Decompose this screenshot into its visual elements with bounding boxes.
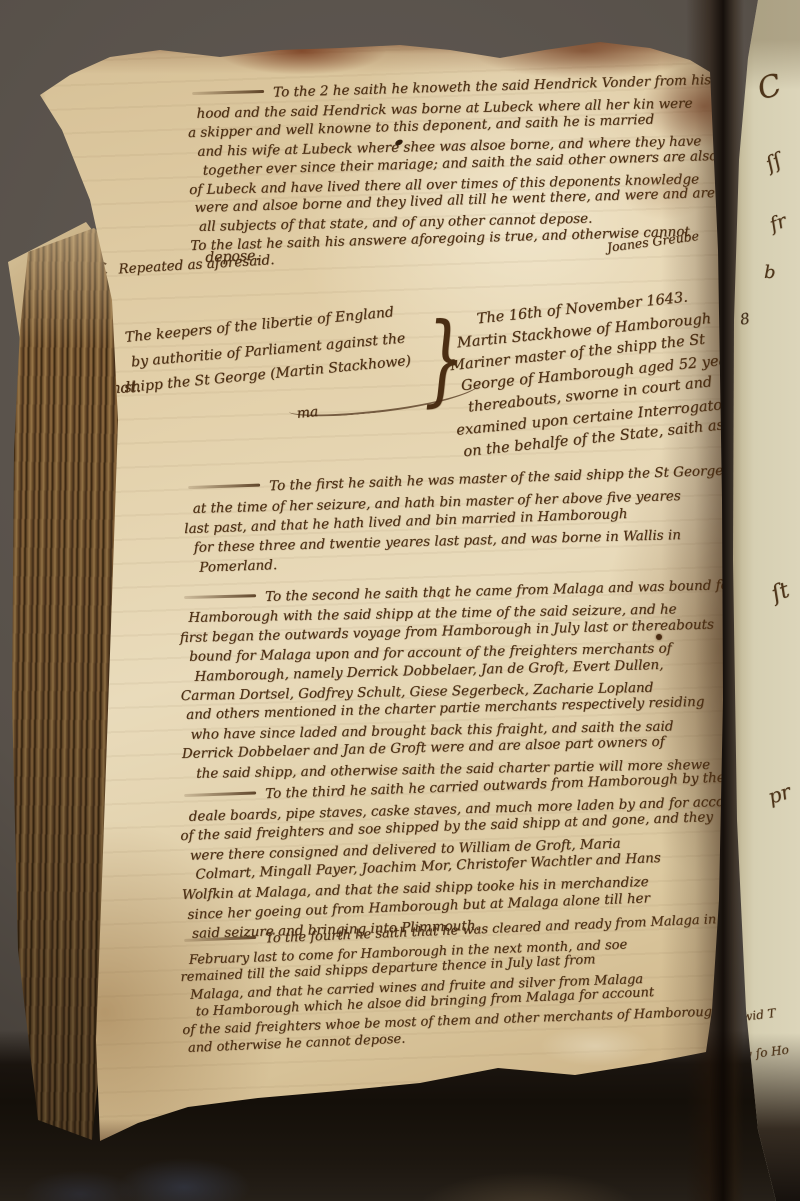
handwriting-fragment: wid T	[741, 1006, 776, 1024]
manuscript-photo: C ſſ fr b 8 ſt pr wid T Dw ſo Ho To the …	[0, 0, 800, 1201]
deposition-end-paragraph: To the 2 he saith he knoweth the said He…	[192, 74, 745, 256]
handwriting-fragment: ſt	[768, 578, 793, 607]
handwriting-fragment: fr	[767, 210, 790, 236]
manuscript-left-page: To the 2 he saith he knoweth the said He…	[20, 40, 725, 1145]
handwriting-fragment: b	[764, 262, 776, 283]
handwriting-fragment: 8	[739, 309, 752, 328]
answer-to-fourth: To the fourth he saith that he was clear…	[184, 915, 740, 1057]
session-header: The 16th of November 1643.Martin Stackho…	[450, 284, 755, 464]
answer-to-first: To the first he saith he was master of t…	[188, 466, 735, 579]
answer-to-second: To the second he saith that he came from…	[184, 580, 739, 784]
handwriting-fragment: C	[754, 68, 786, 108]
handwriting-fragment: pr	[765, 779, 794, 809]
ink-speck	[656, 634, 662, 640]
ink-speck	[440, 596, 444, 599]
handwriting-fragment: ſſ	[762, 148, 785, 176]
